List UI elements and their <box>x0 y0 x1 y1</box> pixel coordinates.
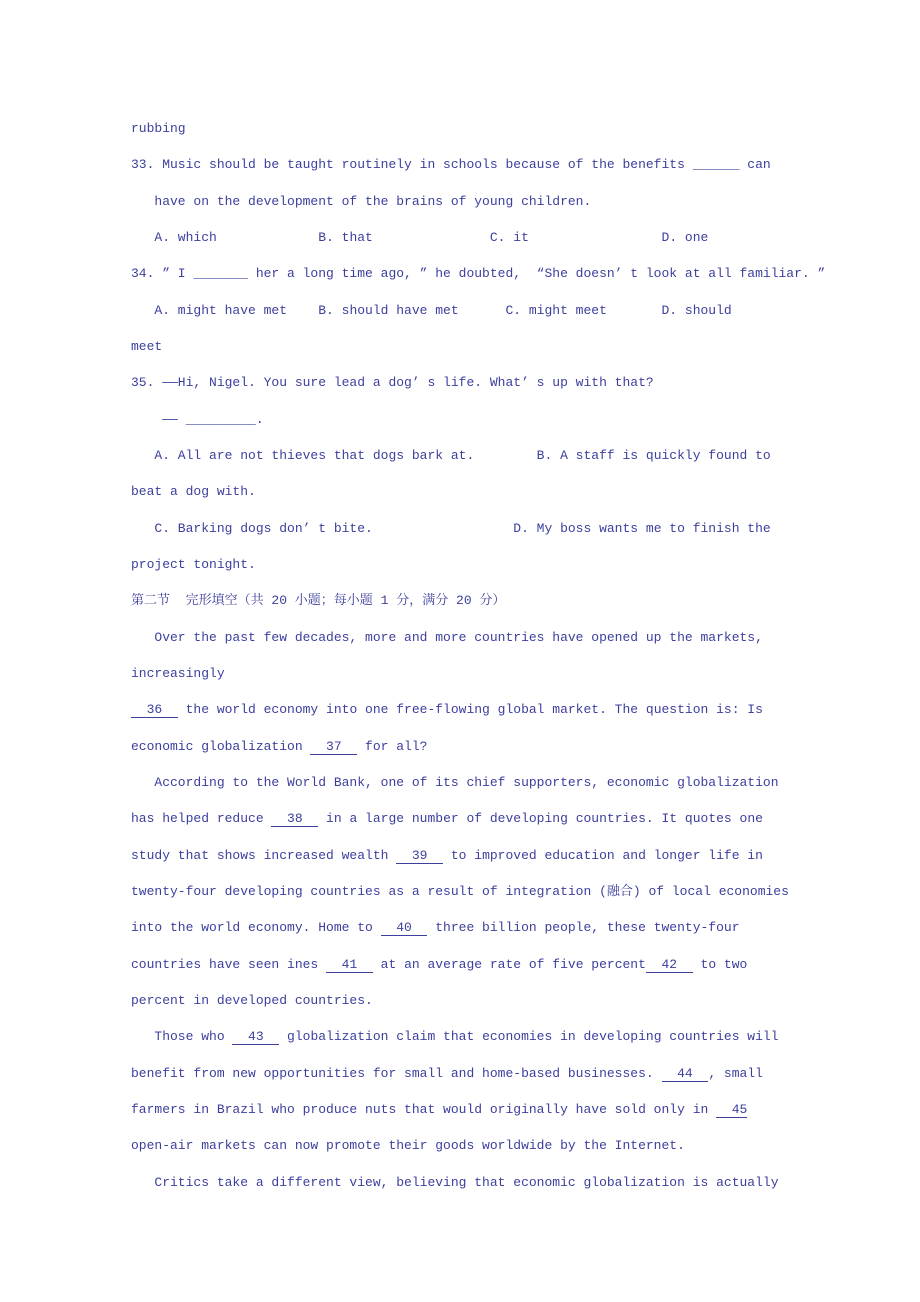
cloze-para3-line4: open-air markets can now promote their g… <box>131 1128 920 1164</box>
text-run: economic globalization <box>131 739 310 754</box>
text-run: to improved education and longer life in <box>443 848 763 863</box>
continuation-rubbing: rubbing <box>131 111 920 147</box>
cloze-para4-line1: Critics take a different view, believing… <box>131 1165 920 1201</box>
text-run: 34. ” I _______ her a long time ago, ” h… <box>131 266 825 281</box>
q35-option-d: D. My boss wants me to finish the <box>513 521 770 536</box>
q34-option-c: C. might meet <box>505 303 661 318</box>
text-run: into the world economy. Home to <box>131 920 381 935</box>
text-run: open-air markets can now promote their g… <box>131 1138 685 1153</box>
text-run: have on the development of the brains of… <box>131 194 591 209</box>
q35-option-a: A. All are not thieves that dogs bark at… <box>131 448 537 463</box>
cloze-para2-line2: has helped reduce 38 in a large number o… <box>131 801 920 837</box>
cloze-blank-45: 45 <box>716 1102 747 1118</box>
text-run: three billion people, these twenty-four <box>427 920 739 935</box>
cloze-para1-line1: Over the past few decades, more and more… <box>131 620 920 656</box>
text-run: Critics take a different view, believing… <box>131 1175 779 1190</box>
text-run: has helped reduce <box>131 811 271 826</box>
q33-stem-line1: 33. Music should be taught routinely in … <box>131 147 920 183</box>
q34-option-a: A. might have met <box>131 303 318 318</box>
text-run: 33. Music should be taught routinely in … <box>131 157 771 172</box>
text-run: According to the World Bank, one of its … <box>131 775 779 790</box>
text-block: rubbing33. Music should be taught routin… <box>131 111 920 1201</box>
text-run: Over the past few decades, more and more… <box>131 630 763 645</box>
q35-stem: 35. ——Hi, Nigel. You sure lead a dog’ s … <box>131 365 920 401</box>
text-run: the world economy into one free-flowing … <box>178 702 763 717</box>
cloze-para1-line2: increasingly <box>131 656 920 692</box>
text-run: in a large number of developing countrie… <box>318 811 763 826</box>
text-run: 35. ——Hi, Nigel. You sure lead a dog’ s … <box>131 375 654 390</box>
text-run: percent in developed countries. <box>131 993 373 1008</box>
text-run: study that shows increased wealth <box>131 848 396 863</box>
q35-options-ab: A. All are not thieves that dogs bark at… <box>131 438 920 474</box>
text-run: 第二节 完形填空（共 20 小题；每小题 1 分，满分 20 分） <box>131 593 505 608</box>
cloze-para2-line6: countries have seen ines 41 at an averag… <box>131 947 920 983</box>
q33-option-d: D. one <box>662 230 709 245</box>
q33-option-a: A. which <box>131 230 318 245</box>
q34-option-b: B. should have met <box>318 303 505 318</box>
q34-stem: 34. ” I _______ her a long time ago, ” h… <box>131 256 920 292</box>
text-run: at an average rate of five percent <box>373 957 646 972</box>
q35-reply-blank: —— _________. <box>131 402 920 438</box>
cloze-blank-36: 36 <box>131 702 178 718</box>
text-run: meet <box>131 339 162 354</box>
text-run: to two <box>693 957 748 972</box>
cloze-para1-line3: 36 the world economy into one free-flowi… <box>131 692 920 728</box>
cloze-para3-line1: Those who 43 globalization claim that ec… <box>131 1019 920 1055</box>
cloze-blank-42: 42 <box>646 957 693 973</box>
cloze-blank-37: 37 <box>310 739 357 755</box>
q35-option-d-overflow: project tonight. <box>131 547 920 583</box>
cloze-blank-39: 39 <box>396 848 443 864</box>
cloze-para2-line1: According to the World Bank, one of its … <box>131 765 920 801</box>
q34-option-d-overflow: meet <box>131 329 920 365</box>
cloze-blank-40: 40 <box>381 920 428 936</box>
q33-option-b: B. that <box>318 230 490 245</box>
cloze-para3-line2: benefit from new opportunities for small… <box>131 1056 920 1092</box>
text-run: —— _________. <box>131 412 264 427</box>
text-run: increasingly <box>131 666 225 681</box>
text-run: project tonight. <box>131 557 256 572</box>
q33-option-c: C. it <box>490 230 662 245</box>
text-run: globalization claim that economies in de… <box>279 1029 778 1044</box>
text-run: Those who <box>131 1029 232 1044</box>
text-run: countries have seen ines <box>131 957 326 972</box>
document-page: rubbing33. Music should be taught routin… <box>0 0 920 1302</box>
cloze-blank-38: 38 <box>271 811 318 827</box>
q33-options: A. which B. that C. it D. one <box>131 220 920 256</box>
q34-option-d: D. should <box>662 303 732 318</box>
text-run: beat a dog with. <box>131 484 256 499</box>
cloze-para2-line7: percent in developed countries. <box>131 983 920 1019</box>
q35-options-cd: C. Barking dogs don’ t bite. D. My boss … <box>131 511 920 547</box>
cloze-blank-43: 43 <box>232 1029 279 1045</box>
text-run: twenty-four developing countries as a re… <box>131 884 789 899</box>
text-run: benefit from new opportunities for small… <box>131 1066 662 1081</box>
q35-option-c: C. Barking dogs don’ t bite. <box>131 521 513 536</box>
q34-options: A. might have met B. should have met C. … <box>131 293 920 329</box>
cloze-para2-line3: study that shows increased wealth 39 to … <box>131 838 920 874</box>
q35-option-b-overflow: beat a dog with. <box>131 474 920 510</box>
text-run: farmers in Brazil who produce nuts that … <box>131 1102 716 1117</box>
cloze-para2-line4: twenty-four developing countries as a re… <box>131 874 920 910</box>
cloze-blank-44: 44 <box>662 1066 709 1082</box>
q35-option-b: B. A staff is quickly found to <box>537 448 771 463</box>
text-run: rubbing <box>131 121 186 136</box>
cloze-para3-line3: farmers in Brazil who produce nuts that … <box>131 1092 920 1128</box>
q33-stem-line2: have on the development of the brains of… <box>131 184 920 220</box>
cloze-para1-line4: economic globalization 37 for all? <box>131 729 920 765</box>
text-run: , small <box>708 1066 763 1081</box>
cloze-blank-41: 41 <box>326 957 373 973</box>
text-run: for all? <box>357 739 427 754</box>
cloze-para2-line5: into the world economy. Home to 40 three… <box>131 910 920 946</box>
section2-header: 第二节 完形填空（共 20 小题；每小题 1 分，满分 20 分） <box>131 583 920 619</box>
